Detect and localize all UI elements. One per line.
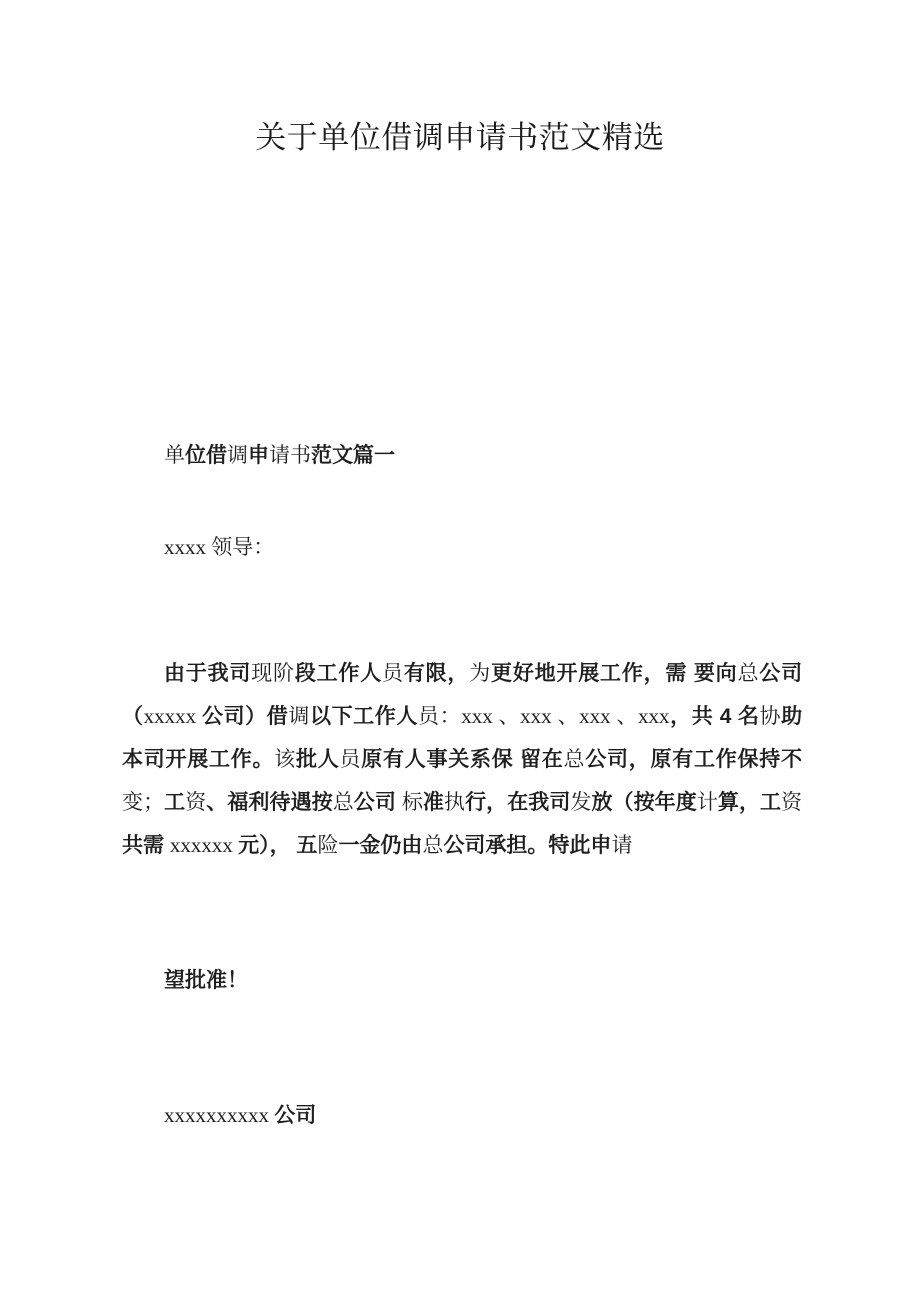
text-segment: 员： (418, 704, 461, 728)
text-segment: 变； (122, 790, 164, 814)
text-segment: 为 (469, 661, 491, 685)
text-segment: 资 (781, 790, 802, 814)
text-segment: 更好地开展工作，需 要向 (491, 662, 737, 685)
text-segment: 总 (333, 790, 354, 814)
text-segment: 标 (402, 790, 423, 814)
document-title: 关于单位借调申请书范文精选 (0, 116, 920, 160)
text-segment: 放（按年度 (591, 791, 696, 814)
text-segment: 一金仍由 (338, 834, 422, 857)
text-segment: 公司 (274, 1104, 316, 1127)
text-segment: 该 (274, 747, 296, 771)
text-segment: 元）， 五 (238, 834, 317, 857)
text-segment: 员 (382, 661, 404, 685)
text-segment: 共需 (122, 834, 170, 857)
text-segment: 现阶 (251, 661, 295, 685)
text-segment: 行，在我司 (465, 791, 570, 814)
text-segment: 总 (564, 747, 586, 771)
text-segment: 申 (248, 444, 269, 467)
text-segment: 公司，原有工作保持不 (585, 748, 802, 771)
text-segment: 员 (339, 747, 361, 771)
text-segment: 工 (164, 791, 185, 814)
text-segment: 公司承担。特此申 (443, 834, 611, 857)
text-segment: 调 (288, 704, 310, 728)
text-segment: 请书 (269, 443, 311, 467)
text-segment: 公司）借 (202, 705, 288, 728)
text-segment: xxxxxx (170, 833, 238, 857)
text-segment: 险 (317, 833, 338, 857)
text-segment: 算，工 (718, 791, 781, 814)
text-segment: 望批准！ (164, 969, 248, 992)
text-segment: 原有人事关系保 留在 (361, 748, 563, 771)
text-segment: 资 (185, 790, 206, 814)
text-segment: 准 (423, 791, 444, 814)
text-segment: 由于我司 (164, 662, 251, 685)
text-segment: 总 (737, 661, 759, 685)
text-segment: 公司 (354, 791, 402, 814)
text-segment: xxxxx (144, 704, 202, 728)
text-segment: 调 (227, 443, 248, 467)
text-segment: 批人 (296, 748, 340, 771)
text-segment: 范文篇一 (311, 444, 395, 467)
approval-line: 望批准！ (122, 959, 802, 1002)
document-page: 关于单位借调申请书范文精选 单位借调申请书范文篇一 xxxx 领导： 由于我司现… (0, 0, 920, 1303)
text-segment: 位借 (185, 444, 227, 467)
text-segment: 协 (759, 704, 781, 728)
text-segment: 、福利待遇按 (206, 791, 332, 814)
text-segment: xxxx 领导： (164, 535, 274, 559)
text-segment: 以下工作人 (310, 705, 418, 728)
text-segment: ，共 4 名 (670, 705, 760, 728)
text-segment: 请 (611, 833, 632, 857)
signature-company-line: xxxxxxxxxx 公司 (122, 1094, 802, 1137)
text-segment: 总 (422, 833, 443, 857)
text-segment: xxxxxxxxxx (164, 1103, 274, 1127)
text-segment: 发 (570, 790, 591, 814)
text-segment: 计 (697, 790, 718, 814)
text-segment: xxx 、xxx 、xxx 、xxx (461, 704, 669, 728)
body-paragraph: 由于我司现阶段工作人员有限，为更好地开展工作，需 要向总公司（xxxxx 公司）… (122, 652, 802, 867)
text-segment: 段工作人 (295, 662, 382, 685)
section-heading: 单位借调申请书范文篇一 (122, 434, 802, 477)
salutation-line: xxxx 领导： (122, 526, 802, 569)
text-segment: 有限， (404, 662, 469, 685)
text-segment: 执 (444, 790, 465, 814)
text-segment: 单 (164, 443, 185, 467)
